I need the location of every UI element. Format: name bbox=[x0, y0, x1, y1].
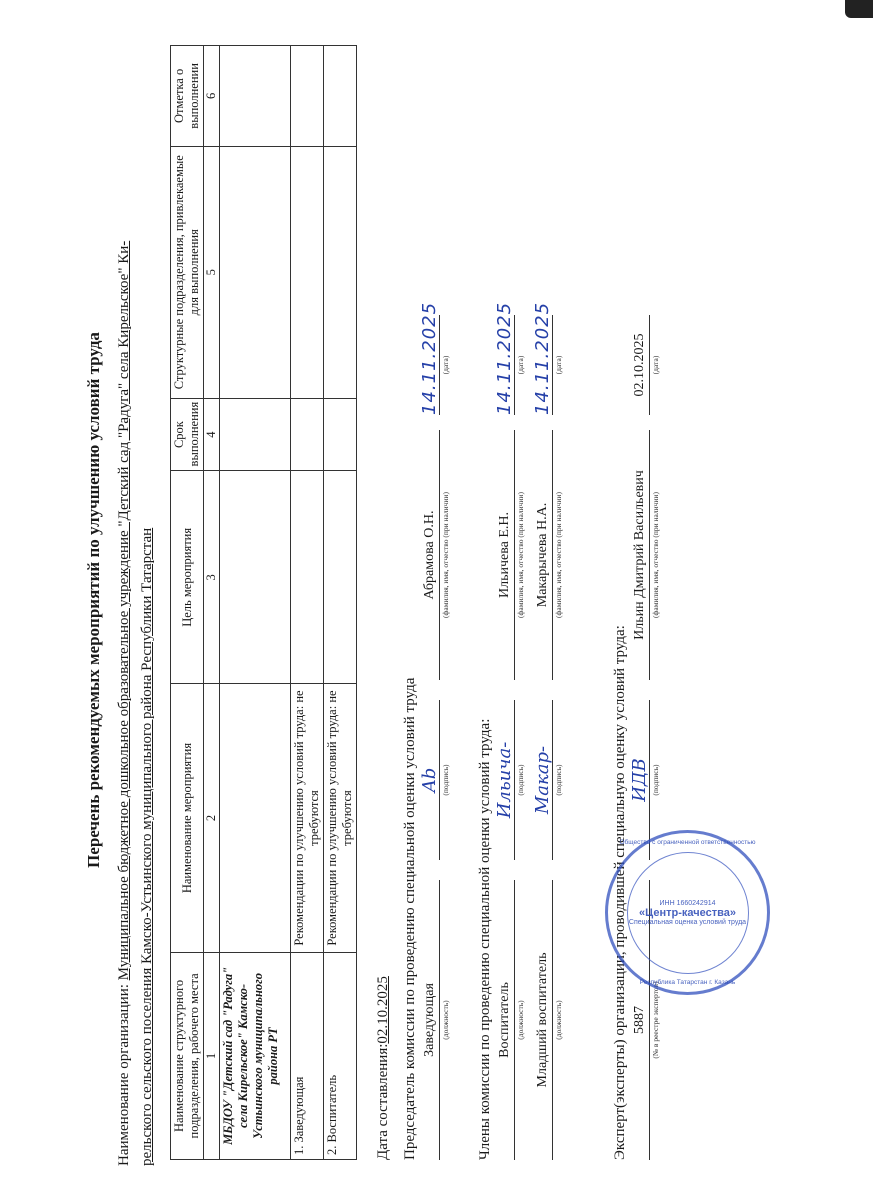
goal-cell bbox=[291, 471, 324, 684]
stamp-ring-top: Общество с ограниченной ответственностью bbox=[608, 839, 767, 846]
chairman-heading: Председатель комиссии по проведению спец… bbox=[402, 678, 419, 1160]
column-number: 4 bbox=[204, 398, 220, 471]
stamp-subtitle: Специальная оценка условий труда bbox=[629, 919, 746, 926]
deadline-cell bbox=[291, 398, 324, 471]
compiled-date-value: 02.10.2025 bbox=[375, 976, 391, 1044]
date-caption: (дата) bbox=[651, 315, 660, 415]
member-position: Воспитатель bbox=[496, 880, 515, 1160]
fullname-caption: (фамилия, имя, отчество (при наличии) bbox=[441, 430, 450, 680]
header-workplace: Наименование структурного подразделения,… bbox=[171, 952, 204, 1159]
position-caption: (должность) bbox=[441, 880, 450, 1160]
header-deadline: Срок выполнения bbox=[171, 398, 204, 471]
member-signature: Макар- bbox=[534, 700, 553, 860]
organization-name-part-2: рельского сельского поселения Камско-Уст… bbox=[139, 528, 156, 1166]
chairman-date: 14.11.2025 bbox=[421, 315, 440, 415]
organization-stamp: Общество с ограниченной ответственностью… bbox=[605, 830, 770, 995]
table-column-numbers-row: 1 2 3 4 5 6 bbox=[204, 46, 220, 1160]
table-cell bbox=[220, 471, 291, 684]
organization-label: Наименование организации: bbox=[116, 980, 132, 1166]
departments-cell bbox=[324, 146, 357, 398]
member-date: 14.11.2025 bbox=[496, 315, 515, 415]
organization-line-1: Наименование организации: Муниципальное … bbox=[116, 241, 133, 1166]
expert-name: Ильин Дмитрий Васильевич bbox=[631, 430, 650, 680]
signature-caption: (подпись) bbox=[441, 700, 450, 860]
member-name: Ильичева Е.Н. bbox=[496, 430, 515, 680]
date-caption: (дата) bbox=[516, 315, 525, 415]
position-caption: (должность) bbox=[516, 880, 525, 1160]
member-signature-row: Воспитатель (должность) Ильича- (подпись… bbox=[495, 40, 525, 1160]
header-goal: Цель мероприятия bbox=[171, 471, 204, 684]
table-row-organization: МБДОУ "Детский сад "Радуга" села Кирельс… bbox=[220, 46, 291, 1160]
deadline-cell bbox=[324, 398, 357, 471]
table-cell bbox=[220, 684, 291, 953]
date-caption: (дата) bbox=[441, 315, 450, 415]
organization-cell: МБДОУ "Детский сад "Радуга" села Кирельс… bbox=[220, 952, 291, 1159]
header-measure: Наименование мероприятия bbox=[171, 684, 204, 953]
chairman-signature: Ab bbox=[421, 700, 440, 860]
compiled-date-label: Дата составления: bbox=[375, 1044, 391, 1160]
document-sheet: Перечень рекомендуемых мероприятий по ул… bbox=[0, 0, 873, 1200]
position-caption: (должность) bbox=[554, 880, 563, 1160]
organization-name-part-1: Муниципальное бюджетное дошкольное образ… bbox=[116, 241, 132, 981]
signature-caption: (подпись) bbox=[516, 700, 525, 860]
member-position: Младший воспитатель bbox=[534, 880, 553, 1160]
table-header-row: Наименование структурного подразделения,… bbox=[171, 46, 204, 1160]
measure-cell: Рекомендации по улучшению условий труда:… bbox=[291, 684, 324, 953]
chairman-name: Абрамова О.Н. bbox=[421, 430, 440, 680]
measure-cell: Рекомендации по улучшению условий труда:… bbox=[324, 684, 357, 953]
expert-signature: ИДВ bbox=[631, 700, 650, 860]
member-signature-row: Младший воспитатель (должность) Макар- (… bbox=[533, 40, 563, 1160]
document-title: Перечень рекомендуемых мероприятий по ул… bbox=[84, 0, 104, 1200]
table-cell bbox=[220, 46, 291, 147]
compiled-date-line: Дата составления:02.10.2025 bbox=[375, 976, 392, 1160]
chairman-position: Заведующая bbox=[421, 880, 440, 1160]
fullname-caption: (фамилия, имя, отчество (при наличии) bbox=[516, 430, 525, 680]
workplace-cell: 1. Заведующая bbox=[291, 952, 324, 1159]
mark-cell bbox=[291, 46, 324, 147]
column-number: 5 bbox=[204, 146, 220, 398]
member-name: Макарычева Н.А. bbox=[534, 430, 553, 680]
column-number: 1 bbox=[204, 952, 220, 1159]
expert-date: 02.10.2025 bbox=[631, 315, 650, 415]
table-cell bbox=[220, 398, 291, 471]
column-number: 6 bbox=[204, 46, 220, 147]
table-row: 1. Заведующая Рекомендации по улучшению … bbox=[291, 46, 324, 1160]
stamp-company: «Центр-качества» bbox=[639, 907, 736, 919]
stamp-ring-bottom: Республика Татарстан г. Казань bbox=[608, 979, 767, 986]
column-number: 2 bbox=[204, 684, 220, 953]
column-number: 3 bbox=[204, 471, 220, 684]
departments-cell bbox=[291, 146, 324, 398]
measures-table: Наименование структурного подразделения,… bbox=[170, 45, 357, 1160]
date-caption: (дата) bbox=[554, 315, 563, 415]
header-mark: Отметка о выполнении bbox=[171, 46, 204, 147]
goal-cell bbox=[324, 471, 357, 684]
fullname-caption: (фамилия, имя, отчество (при наличии) bbox=[651, 430, 660, 680]
header-departments: Структурные подразделения, привлекаемые … bbox=[171, 146, 204, 398]
member-date: 14.11.2025 bbox=[534, 315, 553, 415]
workplace-cell: 2. Воспитатель bbox=[324, 952, 357, 1159]
stamp-center: ИНН 1660242914 «Центр-качества» Специаль… bbox=[627, 852, 749, 974]
table-row: 2. Воспитатель Рекомендации по улучшению… bbox=[324, 46, 357, 1160]
table-cell bbox=[220, 146, 291, 398]
member-signature: Ильича- bbox=[496, 700, 515, 860]
chairman-signature-row: Заведующая (должность) Ab (подпись) Абра… bbox=[420, 40, 450, 1160]
members-heading: Члены комиссии по проведению специальной… bbox=[477, 719, 494, 1160]
mark-cell bbox=[324, 46, 357, 147]
expert-signature-row: 5887 (№ в реестре экспертов) ИДВ (подпис… bbox=[630, 40, 660, 1160]
stamp-inn: ИНН 1660242914 bbox=[659, 900, 715, 907]
fullname-caption: (фамилия, имя, отчество (при наличии) bbox=[554, 430, 563, 680]
signature-caption: (подпись) bbox=[554, 700, 563, 860]
